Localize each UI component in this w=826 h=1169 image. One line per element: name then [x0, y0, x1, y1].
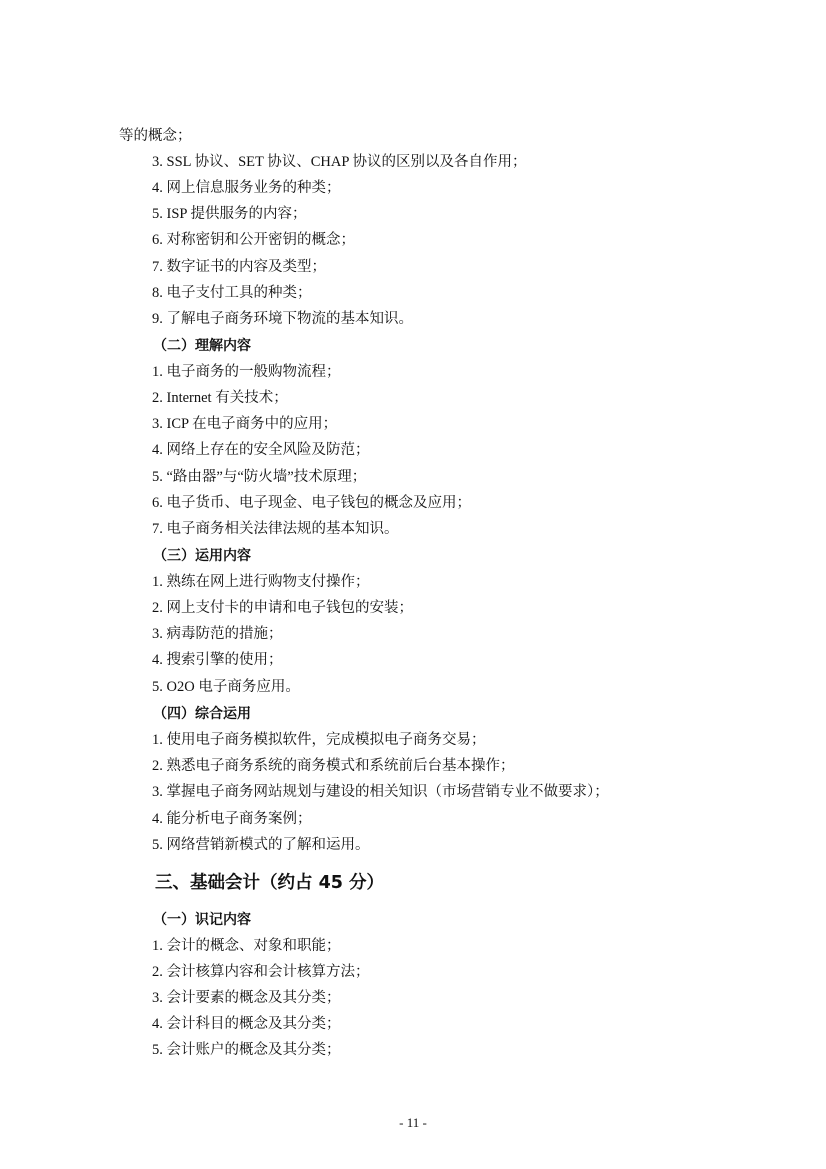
list-item: 2. 熟悉电子商务系统的商务模式和系统前后台基本操作；	[152, 757, 515, 775]
list-item: 7. 电子商务相关法律法规的基本知识。	[152, 520, 399, 538]
list-item: 1. 电子商务的一般购物流程；	[152, 363, 341, 381]
list-item: 4. 搜索引擎的使用；	[152, 651, 283, 669]
list-item: 8. 电子支付工具的种类；	[152, 284, 312, 302]
list-item: 5. 网络营销新模式的了解和运用。	[152, 836, 370, 854]
list-item: 3. 掌握电子商务网站规划与建设的相关知识（市场营销专业不做要求）；	[152, 783, 609, 801]
subsection-heading-recall: （一）识记内容	[153, 911, 251, 929]
list-item: 1. 熟练在网上进行购物支付操作；	[152, 573, 370, 591]
subsection-heading-understand: （二）理解内容	[153, 337, 251, 355]
list-item: 5. 会计账户的概念及其分类；	[152, 1041, 341, 1059]
list-item: 6. 对称密钥和公开密钥的概念；	[152, 231, 355, 249]
list-item: 2. 网上支付卡的申请和电子钱包的安装；	[152, 599, 413, 617]
list-item: 5. “路由器”与“防火墙”技术原理；	[152, 468, 366, 486]
list-item: 5. ISP 提供服务的内容；	[152, 205, 307, 223]
list-item: 4. 网上信息服务业务的种类；	[152, 179, 341, 197]
list-item: 6. 电子货币、电子现金、电子钱包的概念及应用；	[152, 494, 471, 512]
section-heading-basic-accounting: 三、基础会计（约占 45 分）	[155, 872, 384, 894]
list-item: 4. 能分析电子商务案例；	[152, 810, 312, 828]
list-item: 4. 网络上存在的安全风险及防范；	[152, 441, 370, 459]
list-item: 3. SSL 协议、SET 协议、CHAP 协议的区别以及各自作用；	[152, 153, 526, 171]
list-item: 2. Internet 有关技术；	[152, 389, 288, 407]
list-item: 1. 会计的概念、对象和职能；	[152, 937, 341, 955]
list-item: 3. ICP 在电子商务中的应用；	[152, 415, 337, 433]
page-number: - 11 -	[0, 1115, 826, 1131]
list-item: 4. 会计科目的概念及其分类；	[152, 1015, 341, 1033]
list-item: 7. 数字证书的内容及类型；	[152, 258, 326, 276]
list-item: 3. 会计要素的概念及其分类；	[152, 989, 341, 1007]
subsection-heading-apply: （三）运用内容	[153, 547, 251, 565]
list-item: 1. 使用电子商务模拟软件，完成模拟电子商务交易；	[152, 731, 486, 749]
subsection-heading-comprehensive: （四）综合运用	[153, 705, 251, 723]
list-item: 5. O2O 电子商务应用。	[152, 678, 300, 696]
list-item: 9. 了解电子商务环境下物流的基本知识。	[152, 310, 413, 328]
continuation-text: 等的概念；	[119, 127, 192, 145]
list-item: 2. 会计核算内容和会计核算方法；	[152, 963, 370, 981]
document-page: 等的概念； 3. SSL 协议、SET 协议、CHAP 协议的区别以及各自作用；…	[0, 0, 826, 1169]
list-item: 3. 病毒防范的措施；	[152, 625, 283, 643]
